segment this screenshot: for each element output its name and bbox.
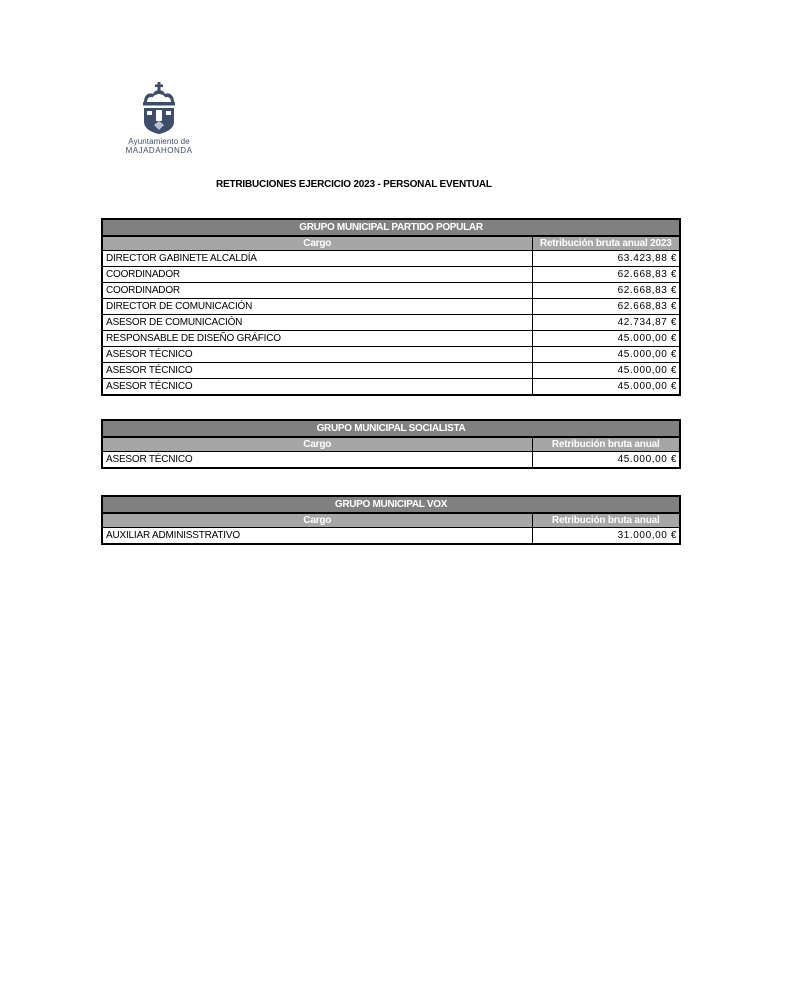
table-row: AUXILIAR ADMINISSTRATIVO 31.000,00 € bbox=[102, 528, 680, 545]
table-row: COORDINADOR 62.668,83 € bbox=[102, 283, 680, 299]
table-row: RESPONSABLE DE DISEÑO GRÁFICO 45.000,00 … bbox=[102, 331, 680, 347]
amount-cell: 45.000,00 € bbox=[532, 347, 680, 363]
position-cell: COORDINADOR bbox=[102, 267, 532, 283]
table-row: DIRECTOR DE COMUNICACIÓN 62.668,83 € bbox=[102, 299, 680, 315]
amount-cell: 45.000,00 € bbox=[532, 379, 680, 396]
column-header-row: Cargo Retribución bruta anual bbox=[102, 513, 680, 528]
column-header-amount: Retribución bruta anual bbox=[532, 513, 680, 528]
group-name: GRUPO MUNICIPAL VOX bbox=[102, 496, 680, 513]
table-row: DIRECTOR GABINETE ALCALDÍA 63.423,88 € bbox=[102, 251, 680, 267]
table-vox: GRUPO MUNICIPAL VOX Cargo Retribución br… bbox=[101, 495, 681, 545]
amount-cell: 63.423,88 € bbox=[532, 251, 680, 267]
column-header-position: Cargo bbox=[102, 236, 532, 251]
position-cell: RESPONSABLE DE DISEÑO GRÁFICO bbox=[102, 331, 532, 347]
position-cell: DIRECTOR GABINETE ALCALDÍA bbox=[102, 251, 532, 267]
table-row: ASESOR TÉCNICO 45.000,00 € bbox=[102, 363, 680, 379]
position-cell: ASESOR TÉCNICO bbox=[102, 452, 532, 469]
amount-cell: 45.000,00 € bbox=[532, 331, 680, 347]
group-header-row: GRUPO MUNICIPAL VOX bbox=[102, 496, 680, 513]
position-cell: COORDINADOR bbox=[102, 283, 532, 299]
logo-text-majadahonda: MAJADAHONDA bbox=[118, 146, 200, 155]
table-row: ASESOR TÉCNICO 45.000,00 € bbox=[102, 452, 680, 469]
column-header-amount: Retribución bruta anual bbox=[532, 437, 680, 452]
logo-text-ayuntamiento: Ayuntamiento de bbox=[118, 137, 200, 146]
table-socialista: GRUPO MUNICIPAL SOCIALISTA Cargo Retribu… bbox=[101, 419, 681, 469]
amount-cell: 45.000,00 € bbox=[532, 363, 680, 379]
municipality-logo: Ayuntamiento de MAJADAHONDA bbox=[118, 82, 200, 155]
position-cell: ASESOR TÉCNICO bbox=[102, 347, 532, 363]
column-header-row: Cargo Retribución bruta anual bbox=[102, 437, 680, 452]
position-cell: AUXILIAR ADMINISSTRATIVO bbox=[102, 528, 532, 545]
amount-cell: 45.000,00 € bbox=[532, 452, 680, 469]
table-row: ASESOR DE COMUNICACIÓN 42.734,87 € bbox=[102, 315, 680, 331]
column-header-position: Cargo bbox=[102, 513, 532, 528]
table-partido-popular: GRUPO MUNICIPAL PARTIDO POPULAR Cargo Re… bbox=[101, 218, 681, 396]
column-header-amount: Retribución bruta anual 2023 bbox=[532, 236, 680, 251]
table-row: ASESOR TÉCNICO 45.000,00 € bbox=[102, 347, 680, 363]
group-name: GRUPO MUNICIPAL SOCIALISTA bbox=[102, 420, 680, 437]
amount-cell: 62.668,83 € bbox=[532, 299, 680, 315]
group-header-row: GRUPO MUNICIPAL PARTIDO POPULAR bbox=[102, 219, 680, 236]
table-row: COORDINADOR 62.668,83 € bbox=[102, 267, 680, 283]
table-row: ASESOR TÉCNICO 45.000,00 € bbox=[102, 379, 680, 396]
group-name: GRUPO MUNICIPAL PARTIDO POPULAR bbox=[102, 219, 680, 236]
amount-cell: 62.668,83 € bbox=[532, 283, 680, 299]
coat-of-arms-icon bbox=[141, 82, 177, 134]
amount-cell: 62.668,83 € bbox=[532, 267, 680, 283]
position-cell: ASESOR DE COMUNICACIÓN bbox=[102, 315, 532, 331]
position-cell: ASESOR TÉCNICO bbox=[102, 379, 532, 396]
position-cell: ASESOR TÉCNICO bbox=[102, 363, 532, 379]
amount-cell: 31.000,00 € bbox=[532, 528, 680, 545]
amount-cell: 42.734,87 € bbox=[532, 315, 680, 331]
position-cell: DIRECTOR DE COMUNICACIÓN bbox=[102, 299, 532, 315]
column-header-row: Cargo Retribución bruta anual 2023 bbox=[102, 236, 680, 251]
column-header-position: Cargo bbox=[102, 437, 532, 452]
document-title: RETRIBUCIONES EJERCICIO 2023 - PERSONAL … bbox=[216, 179, 492, 190]
group-header-row: GRUPO MUNICIPAL SOCIALISTA bbox=[102, 420, 680, 437]
